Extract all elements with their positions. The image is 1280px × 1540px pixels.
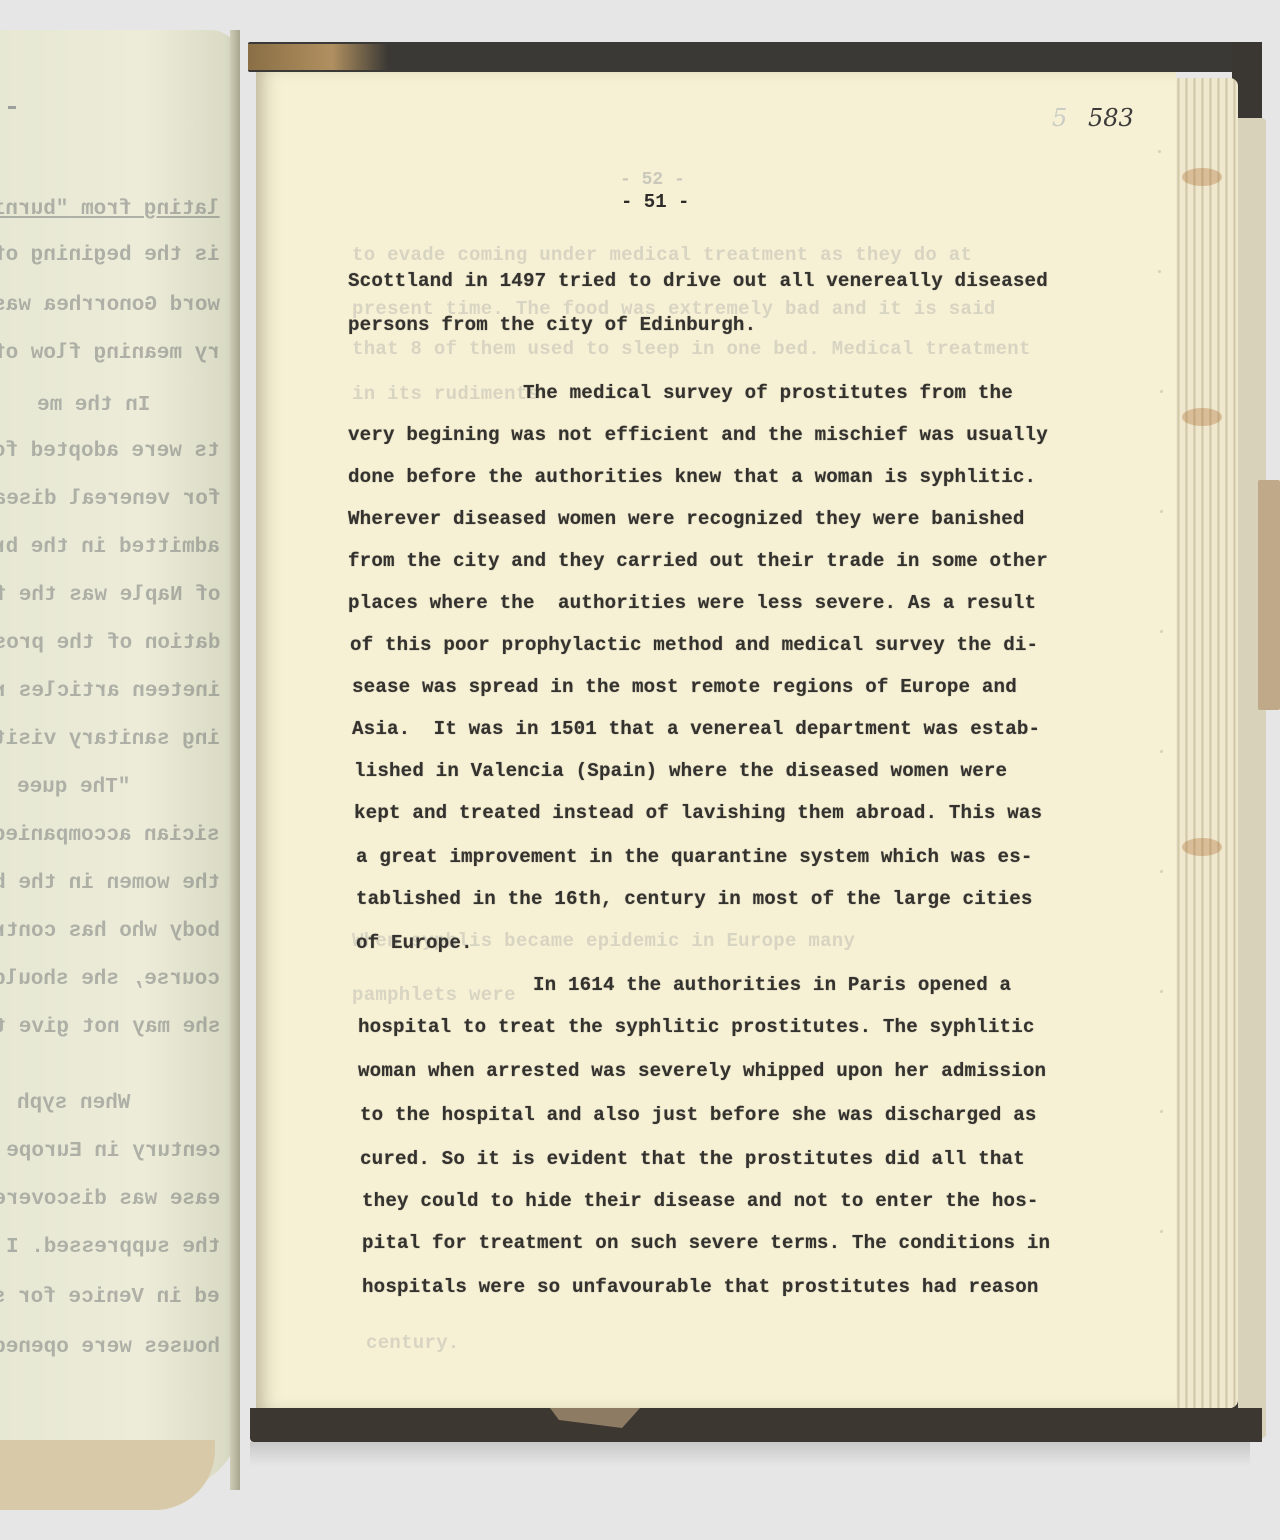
show-through-line: century. [366,1332,460,1354]
mirrored-line: sician accompanied by [0,824,220,847]
text-line: of Europe. [356,932,473,954]
rust-stain [1182,408,1222,426]
mirrored-line: houses were opened t [0,1336,220,1359]
text-line: of this poor prophylactic method and med… [350,634,1038,656]
text-line: they could to hide their disease and not… [362,1190,1039,1212]
punch-dot [1160,990,1163,993]
punch-dot [1158,150,1161,153]
text-line: Wherever diseased women were recognized … [348,508,1025,530]
mirrored-line: "The quee [17,776,130,799]
text-line: lished in Valencia (Spain) where the dis… [354,760,1007,782]
text-line: a great improvement in the quarantine sy… [356,846,1033,868]
mirrored-line: lating from "burning" [0,198,220,221]
mirrored-line: When syph [17,1092,130,1115]
text-line: sease was spread in the most remote regi… [352,676,1017,698]
text-line: kept and treated instead of lavishing th… [354,802,1042,824]
punch-dot [1160,870,1163,873]
mirrored-line: ineteen articles re [0,680,220,703]
mirrored-line: ease was discovered, e [0,1188,220,1211]
page-number-ghost: - 52 - [620,170,685,190]
mirrored-line: of Naple was the fi [0,584,220,607]
text-line: Asia. It was in 1501 that a venereal dep… [352,718,1040,740]
mirrored-line: ed in Venice for syph [0,1286,220,1309]
mirrored-line: century in Europe a [0,1140,220,1163]
punch-dot [1160,630,1163,633]
handwritten-folio-ghost: 5 [1052,104,1067,132]
rust-stain [1182,838,1222,856]
punch-dot [1160,510,1163,513]
mirrored-line: body who has contrac [0,920,220,943]
text-line: from the city and they carried out their… [348,550,1048,572]
torn-cover-patch [550,1408,640,1428]
left-page-curl [0,1440,215,1510]
mirrored-line: she may not give th [0,1016,220,1039]
show-through-line: to evade coming under medical treatment … [352,244,972,266]
punch-dot [1160,1110,1163,1113]
punch-dot [1160,750,1163,753]
mirrored-line: admitted in the br [0,536,220,559]
text-line: cured. So it is evident that the prostit… [360,1148,1025,1170]
page-edges-stack [1172,78,1238,1408]
rust-stain [1182,168,1222,186]
text-line: done before the authorities knew that a … [348,466,1036,488]
text-line: woman when arrested was severely whipped… [358,1060,1046,1082]
text-line: persons from the city of Edinburgh. [348,314,756,336]
left-page-mark [8,106,16,109]
frayed-cover-cloth [248,44,388,70]
book-cover-top-edge [248,42,1248,72]
mirrored-line: ry meaning flow of [0,342,220,365]
text-line: to the hospital and also just before she… [360,1104,1037,1126]
mirrored-line: the suppressed. I [6,1236,220,1259]
mirrored-line: word Gonorrhea was f [0,294,220,317]
text-line: places where the authorities were less s… [348,592,1036,614]
mirrored-line: dation of the prost [0,632,220,655]
mirrored-line: In the me [37,394,150,417]
text-line: Scottland in 1497 tried to drive out all… [348,270,1048,292]
mirrored-line: course, she should [0,968,220,991]
text-line: hospital to treat the syphlitic prostitu… [358,1016,1035,1038]
text-line: hospitals were so unfavourable that pros… [362,1276,1039,1298]
book-cover-bottom-edge [250,1408,1262,1442]
text-line: very begining was not efficient and the … [348,424,1048,446]
mirrored-line: is the begining of [0,244,220,267]
mirrored-line: ts were adopted for t [0,440,220,463]
text-line: tablished in the 16th, century in most o… [356,888,1033,910]
show-through-line: that 8 of them used to sleep in one bed.… [352,338,1031,360]
loose-leaf-edge [1238,118,1266,1438]
mirrored-line: the women in the bro [0,872,220,895]
paper-slip-marker [1258,480,1280,710]
text-line: pital for treatment on such severe terms… [362,1232,1050,1254]
punch-dot [1160,390,1163,393]
page-number: - 51 - [621,191,689,213]
left-page-edge [230,30,240,1490]
punch-dot [1160,1230,1163,1233]
handwritten-folio-number: 5 583 [1088,104,1134,132]
mirrored-line: for venereal diseas [0,488,220,511]
book-shadow [250,1442,1250,1466]
text-line: The medical survey of prostitutes from t… [348,382,1013,404]
mirrored-line: ing sanitary visit t [0,728,220,751]
text-line: In 1614 the authorities in Paris opened … [358,974,1011,996]
punch-dot [1158,270,1161,273]
